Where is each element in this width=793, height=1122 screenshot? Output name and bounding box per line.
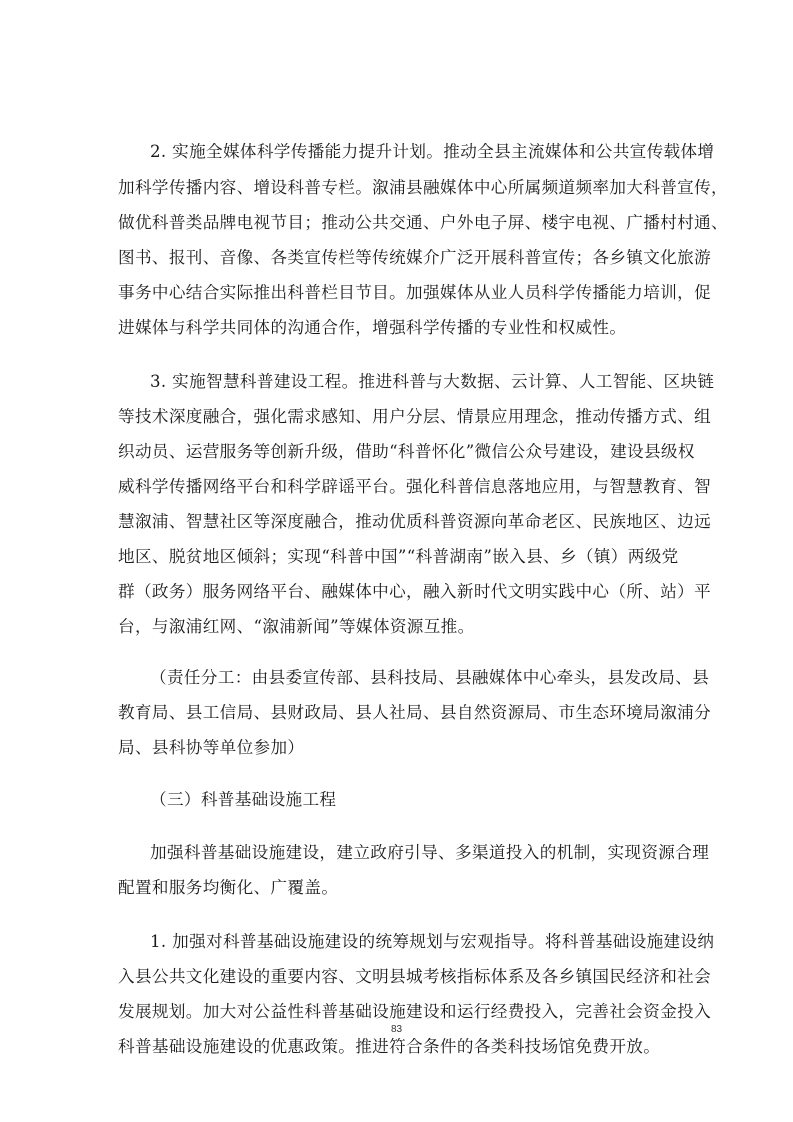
text-line: 配置和服务均衡化、广覆盖。: [118, 878, 338, 898]
text-line: 1. 加强对科普基础设施建设的统筹规划与宏观指导。将科普基础设施建设纳: [150, 932, 714, 952]
text-line: 发展规划。加大对公益性科普基础设施建设和运行经费投入，完善社会资金投入: [118, 1002, 711, 1022]
heading-text: （三）科普基础设施工程: [150, 790, 336, 810]
text-line: 3. 实施智慧科普建设工程。推进科普与大数据、云计算、人工智能、区块链: [150, 372, 714, 392]
text-line: 慧溆浦、智慧社区等深度融合，推动优质科普资源向革命老区、民族地区、边远: [118, 512, 711, 532]
text-line: 图书、报刊、音像、各类宣传栏等传统媒介广泛开展科普宣传；各乡镇文化旅游: [118, 248, 711, 268]
text-line: 做优科普类品牌电视节目；推动公共交通、户外电子屏、楼宇电视、广播村村通、: [118, 213, 728, 233]
text-line: 局、县科协等单位参加）: [118, 738, 304, 758]
text-line: 事务中心结合实际推出科普栏目节目。加强媒体从业人员科学传播能力培训，促: [118, 283, 711, 303]
text-line: 等技术深度融合，强化需求感知、用户分层、情景应用理念，推动传播方式、组: [118, 407, 711, 427]
text-line: 教育局、县工信局、县财政局、县人社局、县自然资源局、市生态环境局溆浦分: [118, 703, 711, 723]
text-line: 科普基础设施建设的优惠政策。推进符合条件的各类科技场馆免费开放。: [118, 1037, 660, 1057]
text-line: （责任分工：由县委宣传部、县科技局、县融媒体中心牵头，县发改局、县: [150, 668, 709, 688]
text-line: 群（政务）服务网络平台、融媒体中心，融入新时代文明实践中心（所、站）平: [118, 582, 711, 602]
text-line: 2. 实施全媒体科学传播能力提升计划。推动全县主流媒体和公共宣传载体增: [150, 142, 714, 162]
text-line: 织动员、运营服务等创新升级，借助“科普怀化”微信公众号建设，建设县级权: [118, 442, 695, 462]
text-line: 地区、脱贫地区倾斜；实现“科普中国”“科普湖南”嵌入县、乡（镇）两级党: [118, 547, 679, 567]
text-line: 进媒体与科学共同体的沟通合作，增强科学传播的专业性和权威性。: [118, 318, 626, 338]
text-line: 威科学传播网络平台和科学辟谣平台。强化科普信息落地应用，与智慧教育、智: [118, 477, 711, 497]
text-line: 加科学传播内容、增设科普专栏。溆浦县融媒体中心所属频道频率加大科普宣传，: [118, 178, 728, 198]
text-line: 台，与溆浦红网、“溆浦新闻”等媒体资源互推。: [118, 617, 475, 637]
text-line: 入县公共文化建设的重要内容、文明县城考核指标体系及各乡镇国民经济和社会: [118, 967, 711, 987]
page-number: 83: [0, 1024, 793, 1035]
text-line: 加强科普基础设施建设，建立政府引导、多渠道投入的机制，实现资源合理: [150, 843, 709, 863]
